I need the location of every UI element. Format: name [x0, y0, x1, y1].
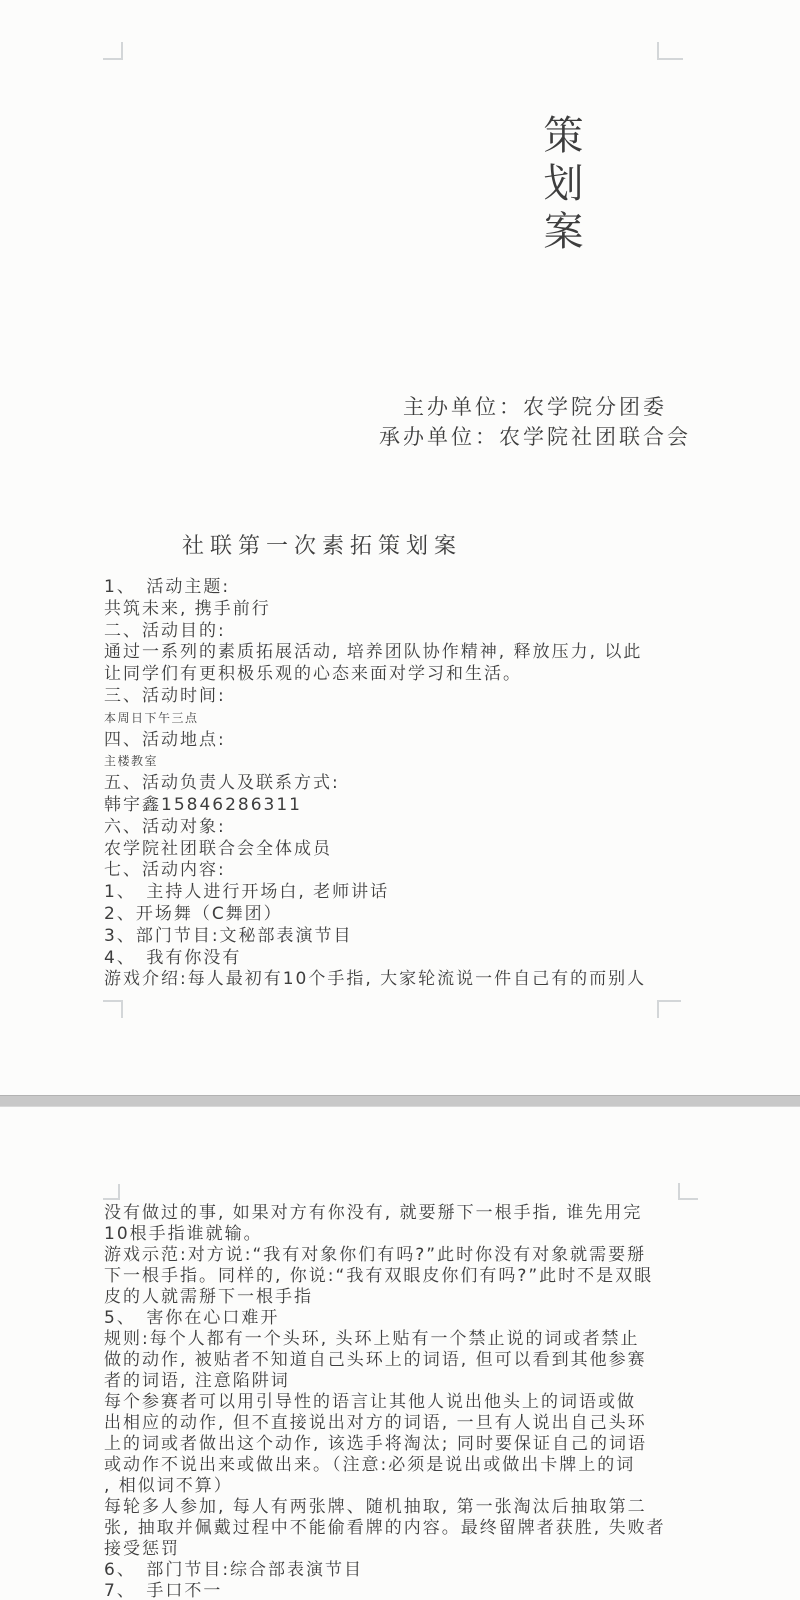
text-line: 张, 抽取并佩戴过程中不能偷看牌的内容。最终留牌者获胜, 失败者: [104, 1518, 670, 1539]
text-line: 四、活动地点:: [104, 730, 670, 752]
text-line: 或动作不说出来或做出来。（注意:必须是说出或做出卡牌上的词: [104, 1455, 670, 1476]
text-line: 五、活动负责人及联系方式:: [104, 773, 670, 795]
crop-mark-icon: [103, 42, 123, 60]
text-line: 1、 主持人进行开场白, 老师讲话: [104, 882, 670, 904]
text-line: 7、 手口不一: [104, 1581, 670, 1600]
text-line: 农学院社团联合会全体成员: [104, 839, 670, 861]
page-1: 策划案 主办单位：农学院分团委 承办单位：农学院社团联合会 社联第一次素拓策划案…: [0, 0, 800, 1095]
page-2: 没有做过的事, 如果对方有你没有, 就要掰下一根手指, 谁先用完 10根手指谁就…: [0, 1107, 800, 1599]
text-line: 本周日下午三点: [104, 708, 670, 730]
document-scan: 策划案 主办单位：农学院分团委 承办单位：农学院社团联合会 社联第一次素拓策划案…: [0, 0, 800, 1600]
text-line: 游戏示范:对方说:“我有对象你们有吗?”此时你没有对象就需要掰: [104, 1245, 670, 1266]
text-line: 二、活动目的:: [104, 621, 670, 643]
organizer-line: 承办单位：农学院社团联合会: [352, 422, 718, 452]
text-line: 七、活动内容:: [104, 860, 670, 882]
organizer-block: 主办单位：农学院分团委 承办单位：农学院社团联合会: [352, 392, 718, 452]
text-line: 下一根手指。同样的, 你说:“我有双眼皮你们有吗?”此时不是双眼: [104, 1266, 670, 1287]
text-line: 规则:每个人都有一个头环, 头环上贴有一个禁止说的词或者禁止: [104, 1329, 670, 1350]
document-title: 策划案: [532, 114, 589, 258]
text-line: 上的词或者做出这个动作, 该选手将淘汰; 同时要保证自己的词语: [104, 1434, 670, 1455]
text-line: 让同学们有更积极乐观的心态来面对学习和生活。: [104, 664, 670, 686]
text-line: 主楼教室: [104, 751, 670, 773]
text-line: 韩宇鑫15846286311: [104, 795, 670, 817]
text-line: 10根手指谁就输。: [104, 1224, 670, 1245]
text-line: 接受惩罚: [104, 1539, 670, 1560]
page-1-body: 1、 活动主题: 共筑未来, 携手前行 二、活动目的: 通过一系列的素质拓展活动…: [104, 577, 670, 991]
text-line: 6、 部门节目:综合部表演节目: [104, 1560, 670, 1581]
text-line: 5、 害你在心口难开: [104, 1308, 670, 1329]
text-line: 没有做过的事, 如果对方有你没有, 就要掰下一根手指, 谁先用完: [104, 1203, 670, 1224]
text-line: 通过一系列的素质拓展活动, 培养团队协作精神, 释放压力, 以此: [104, 642, 670, 664]
text-line: , 相似词不算）: [104, 1476, 670, 1497]
text-line: 3、部门节目:文秘部表演节目: [104, 926, 670, 948]
crop-mark-icon: [678, 1183, 698, 1200]
page-2-body: 没有做过的事, 如果对方有你没有, 就要掰下一根手指, 谁先用完 10根手指谁就…: [104, 1203, 670, 1600]
text-line: 4、 我有你没有: [104, 948, 670, 970]
crop-mark-icon: [657, 42, 683, 60]
text-line: 每轮多人参加, 每人有两张牌、随机抽取, 第一张淘汰后抽取第二: [104, 1497, 670, 1518]
text-line: 游戏介绍:每人最初有10个手指, 大家轮流说一件自己有的而别人: [104, 969, 670, 991]
page-separator: [0, 1095, 800, 1107]
crop-mark-icon: [103, 1000, 123, 1018]
text-line: 做的动作, 被贴者不知道自己头环上的词语, 但可以看到其他参赛: [104, 1350, 670, 1371]
text-line: 出相应的动作, 但不直接说出对方的词语, 一旦有人说出自己头环: [104, 1413, 670, 1434]
organizer-line: 主办单位：农学院分团委: [352, 392, 718, 422]
text-line: 皮的人就需掰下一根手指: [104, 1287, 670, 1308]
crop-mark-icon: [103, 1184, 120, 1200]
section-heading: 社联第一次素拓策划案: [182, 529, 462, 560]
text-line: 1、 活动主题:: [104, 577, 670, 599]
crop-mark-icon: [657, 1000, 681, 1018]
text-line: 六、活动对象:: [104, 817, 670, 839]
text-line: 每个参赛者可以用引导性的语言让其他人说出他头上的词语或做: [104, 1392, 670, 1413]
text-line: 2、开场舞（C舞团）: [104, 904, 670, 926]
text-line: 者的词语, 注意陷阱词: [104, 1371, 670, 1392]
text-line: 共筑未来, 携手前行: [104, 599, 670, 621]
text-line: 三、活动时间:: [104, 686, 670, 708]
